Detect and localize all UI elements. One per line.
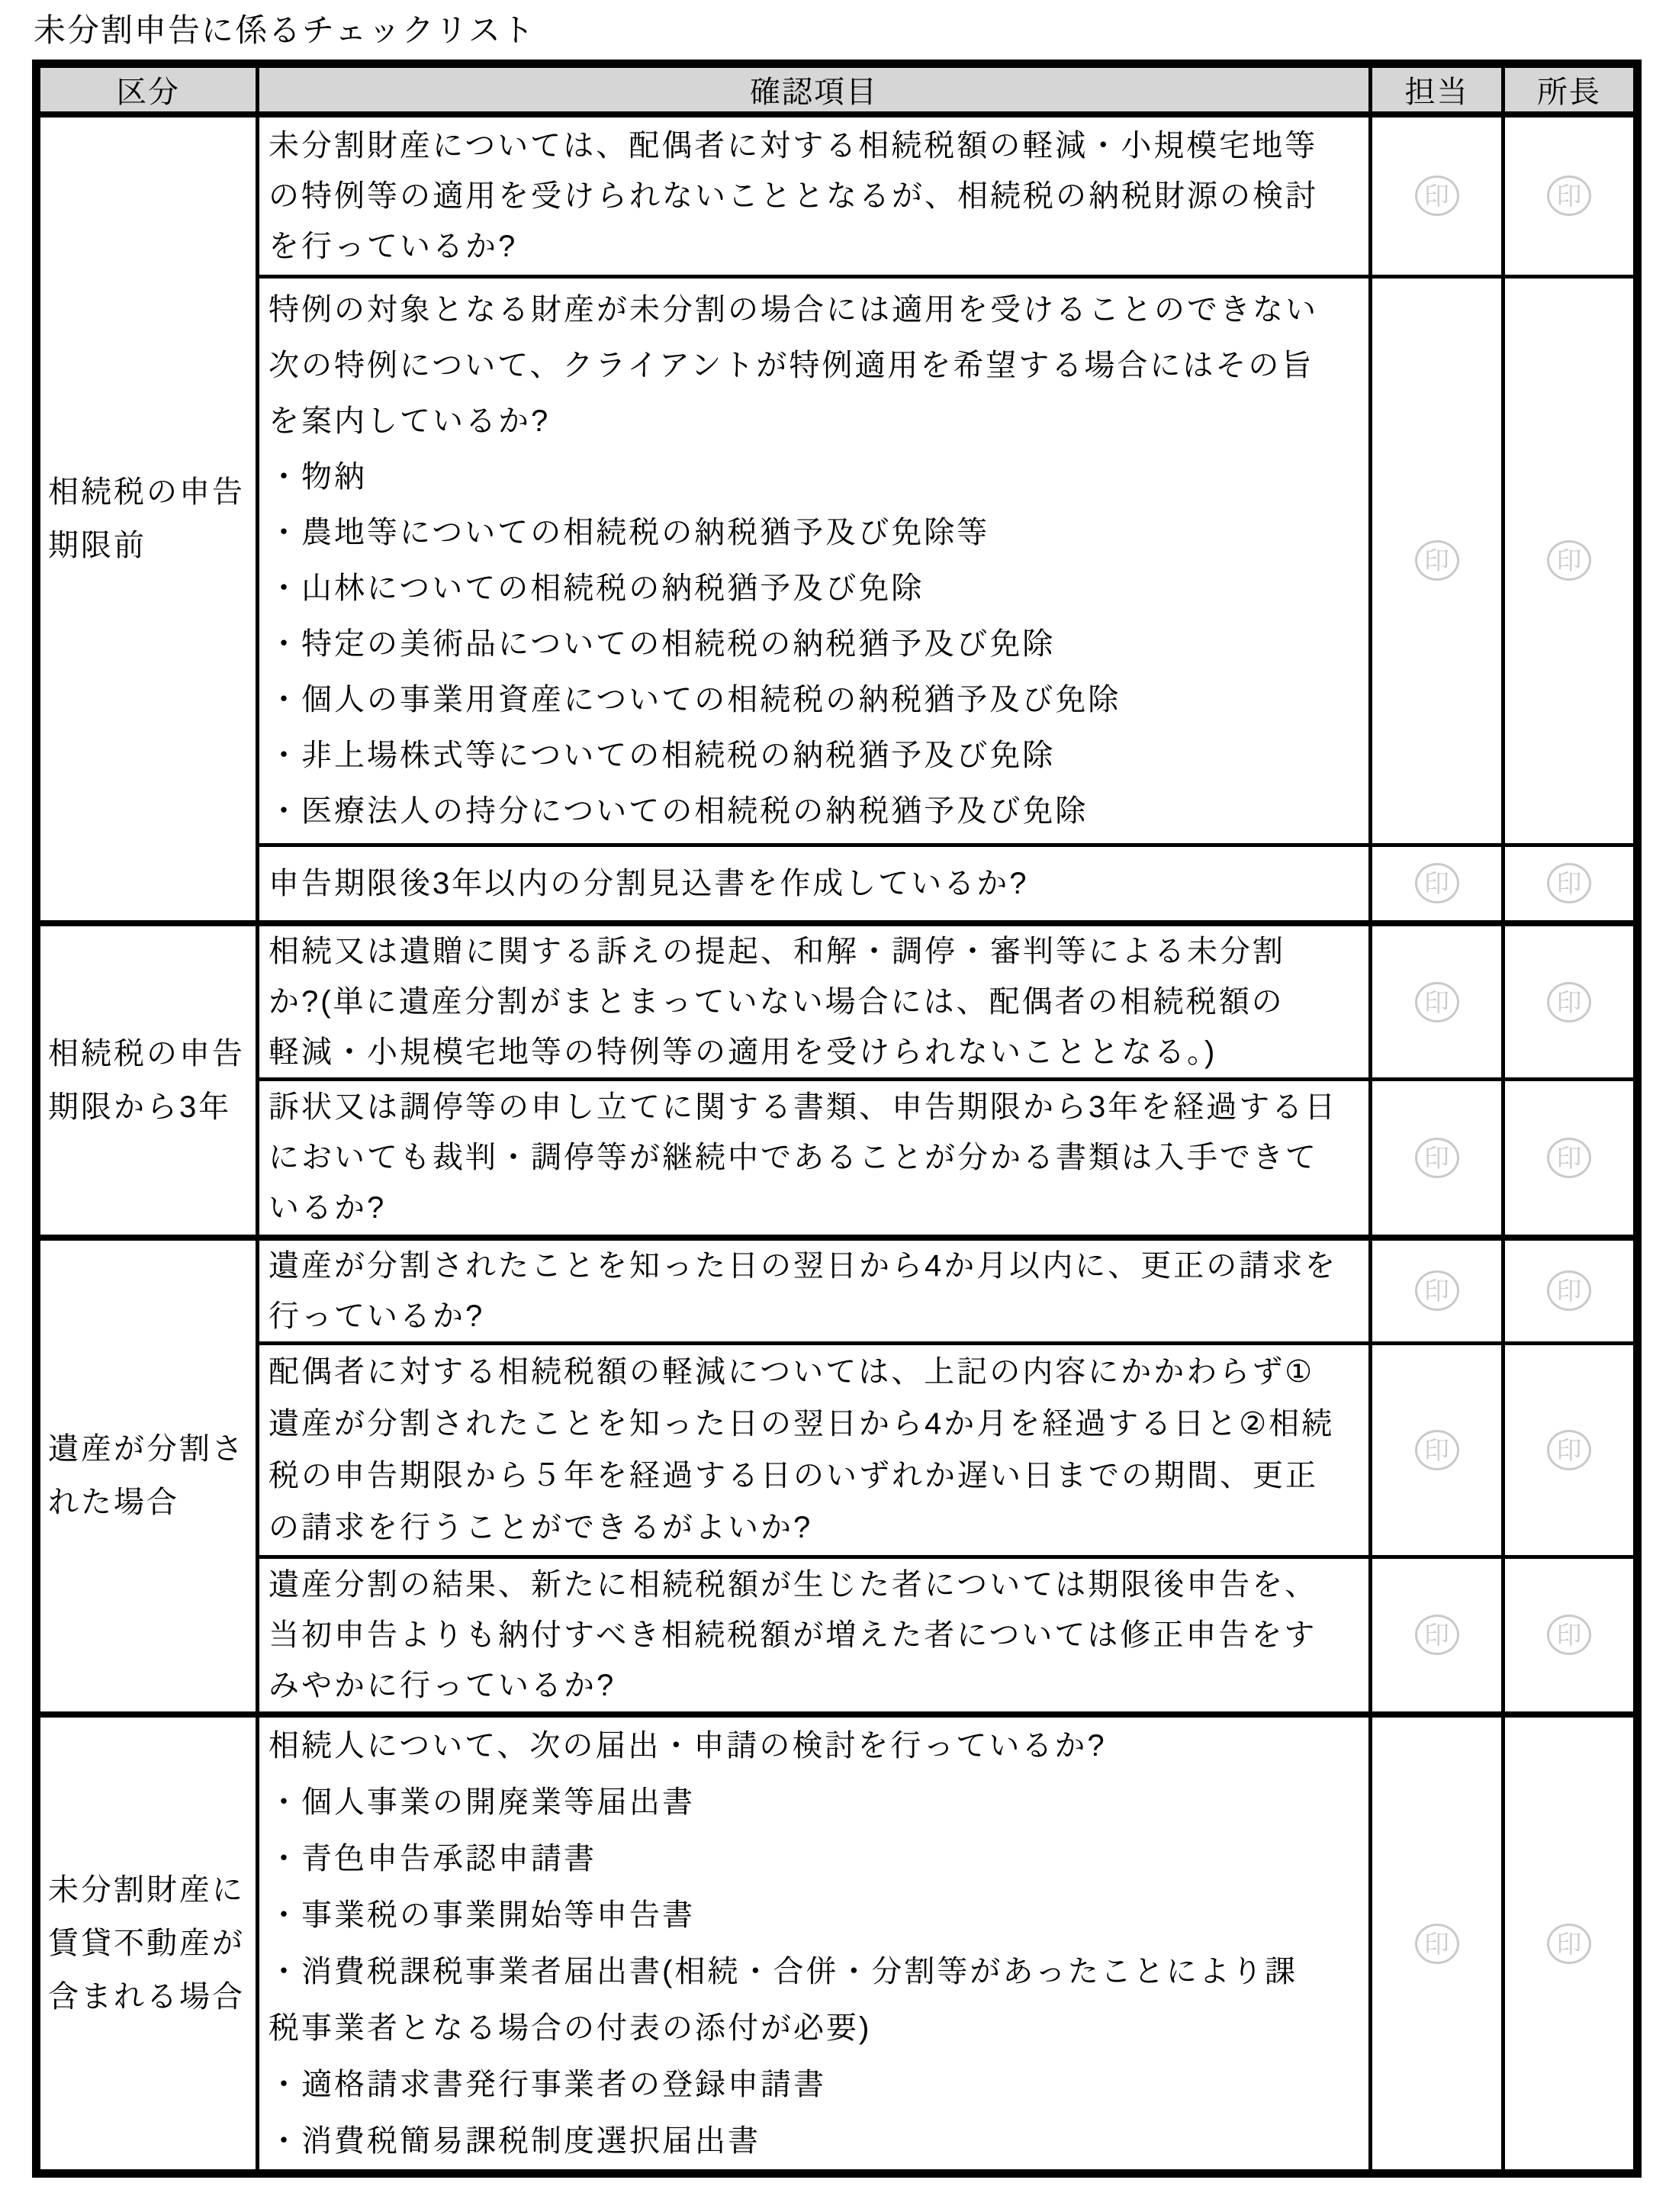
seal-stamp-icon: 印 [1415, 863, 1459, 903]
seal-stamp-icon: 印 [1415, 1924, 1459, 1964]
page-title: 未分割申告に係るチェックリスト [0, 0, 1653, 60]
seal-stamp-icon: 印 [1415, 1138, 1459, 1178]
shocho-seal-cell: 印 [1503, 1343, 1638, 1557]
tanto-seal-cell: 印 [1371, 845, 1503, 923]
seal-stamp-icon: 印 [1547, 1615, 1591, 1655]
table-row: 相続税の申告 期限から3年 相続又は遺贈に関する訴えの提起、和解・調停・審判等に… [37, 923, 1638, 1080]
table-row: 特例の対象となる財産が未分割の場合には適用を受けることのできない 次の特例につい… [37, 276, 1638, 845]
shocho-seal-cell: 印 [1503, 1557, 1638, 1715]
header-shocho: 所長 [1503, 64, 1638, 115]
check-item-text: 未分割財産については、配偶者に対する相続税額の軽減・小規模宅地等 の特例等の適用… [258, 114, 1371, 276]
table-row: 訴状又は調停等の申し立てに関する書類、申告期限から3年を経過する日 においても裁… [37, 1080, 1638, 1238]
table-row: 遺産分割の結果、新たに相続税額が生じた者については期限後申告を、 当初申告よりも… [37, 1557, 1638, 1715]
shocho-seal-cell: 印 [1503, 1238, 1638, 1344]
check-item-text: 配偶者に対する相続税額の軽減については、上記の内容にかかわらず① 遺産が分割され… [258, 1343, 1371, 1557]
tanto-seal-cell: 印 [1371, 1557, 1503, 1715]
check-item-text: 遺産分割の結果、新たに相続税額が生じた者については期限後申告を、 当初申告よりも… [258, 1557, 1371, 1715]
tanto-seal-cell: 印 [1371, 276, 1503, 845]
tanto-seal-cell: 印 [1371, 1238, 1503, 1344]
table-row: 相続税の申告 期限前 未分割財産については、配偶者に対する相続税額の軽減・小規模… [37, 114, 1638, 276]
seal-stamp-icon: 印 [1547, 1138, 1591, 1178]
header-row: 区分 確認項目 担当 所長 [37, 64, 1638, 115]
seal-stamp-icon: 印 [1547, 863, 1591, 903]
category-cell-rental-property: 未分割財産に 賃貸不動産が 含まれる場合 [37, 1715, 258, 2174]
shocho-seal-cell: 印 [1503, 923, 1638, 1080]
seal-stamp-icon: 印 [1415, 982, 1459, 1022]
seal-stamp-icon: 印 [1547, 1430, 1591, 1470]
shocho-seal-cell: 印 [1503, 114, 1638, 276]
shocho-seal-cell: 印 [1503, 1080, 1638, 1238]
check-item-text: 遺産が分割されたことを知った日の翌日から4か月以内に、更正の請求を 行っているか… [258, 1238, 1371, 1344]
shocho-seal-cell: 印 [1503, 1715, 1638, 2174]
tanto-seal-cell: 印 [1371, 1080, 1503, 1238]
document-page: 未分割申告に係るチェックリスト 区分 確認項目 担当 所長 相続税の申告 期限前… [0, 0, 1653, 2212]
category-cell-estate-divided: 遺産が分割さ れた場合 [37, 1238, 258, 1715]
table-row: 配偶者に対する相続税額の軽減については、上記の内容にかかわらず① 遺産が分割され… [37, 1343, 1638, 1557]
table-row: 申告期限後3年以内の分割見込書を作成しているか? 印 印 [37, 845, 1638, 923]
shocho-seal-cell: 印 [1503, 276, 1638, 845]
checklist-table: 区分 確認項目 担当 所長 相続税の申告 期限前 未分割財産については、配偶者に… [32, 60, 1642, 2178]
tanto-seal-cell: 印 [1371, 1715, 1503, 2174]
tanto-seal-cell: 印 [1371, 923, 1503, 1080]
tanto-seal-cell: 印 [1371, 114, 1503, 276]
seal-stamp-icon: 印 [1547, 982, 1591, 1022]
seal-stamp-icon: 印 [1547, 1924, 1591, 1964]
seal-stamp-icon: 印 [1415, 1270, 1459, 1311]
category-cell-three-years: 相続税の申告 期限から3年 [37, 923, 258, 1238]
seal-stamp-icon: 印 [1415, 540, 1459, 581]
seal-stamp-icon: 印 [1415, 1615, 1459, 1655]
seal-stamp-icon: 印 [1415, 1430, 1459, 1470]
header-kakunin-komoku: 確認項目 [258, 64, 1371, 115]
check-item-text: 相続又は遺贈に関する訴えの提起、和解・調停・審判等による未分割 か?(単に遺産分… [258, 923, 1371, 1080]
seal-stamp-icon: 印 [1547, 540, 1591, 581]
table-row: 未分割財産に 賃貸不動産が 含まれる場合 相続人について、次の届出・申請の検討を… [37, 1715, 1638, 2174]
table-row: 遺産が分割さ れた場合 遺産が分割されたことを知った日の翌日から4か月以内に、更… [37, 1238, 1638, 1344]
seal-stamp-icon: 印 [1547, 1270, 1591, 1311]
category-cell-before-deadline: 相続税の申告 期限前 [37, 114, 258, 923]
shocho-seal-cell: 印 [1503, 845, 1638, 923]
tanto-seal-cell: 印 [1371, 1343, 1503, 1557]
check-item-text: 特例の対象となる財産が未分割の場合には適用を受けることのできない 次の特例につい… [258, 276, 1371, 845]
check-item-text: 相続人について、次の届出・申請の検討を行っているか? ・個人事業の開廃業等届出書… [258, 1715, 1371, 2174]
header-tanto: 担当 [1371, 64, 1503, 115]
seal-stamp-icon: 印 [1547, 175, 1591, 216]
seal-stamp-icon: 印 [1415, 175, 1459, 216]
check-item-text: 申告期限後3年以内の分割見込書を作成しているか? [258, 845, 1371, 923]
check-item-text: 訴状又は調停等の申し立てに関する書類、申告期限から3年を経過する日 においても裁… [258, 1080, 1371, 1238]
header-kubun: 区分 [37, 64, 258, 115]
